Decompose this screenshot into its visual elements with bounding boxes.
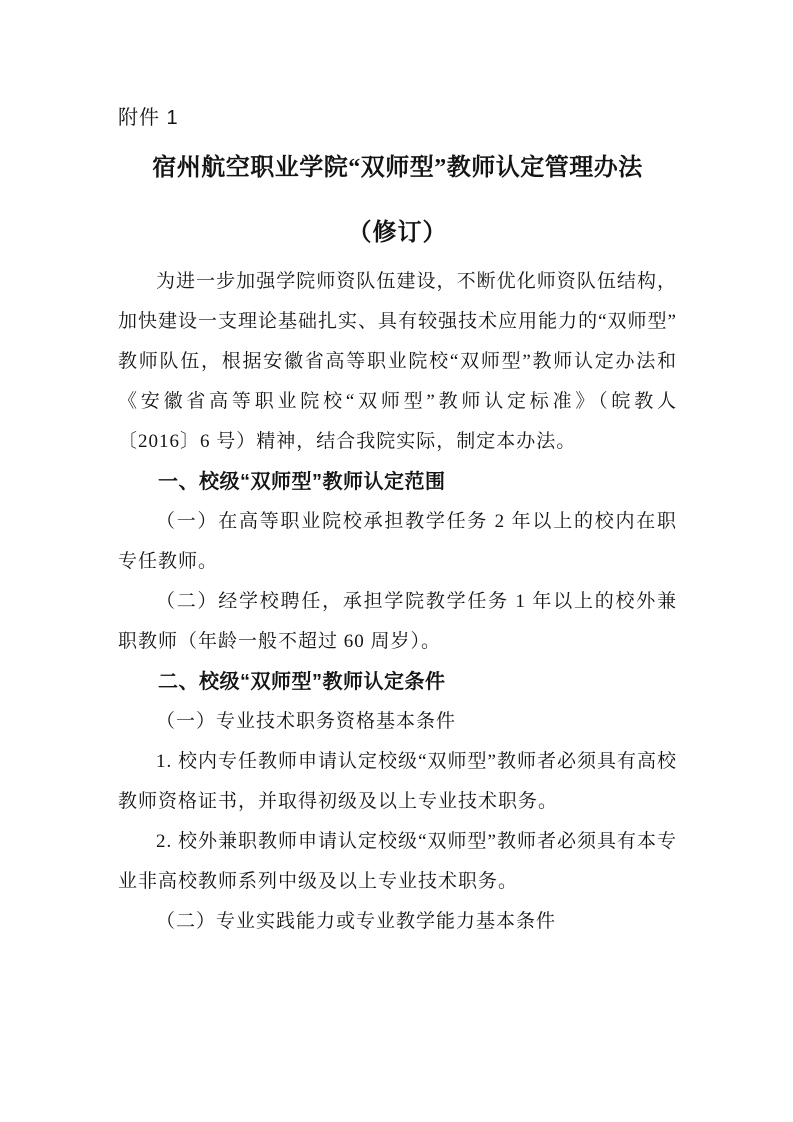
attachment-label: 附件 1 bbox=[118, 106, 677, 130]
document-title: 宿州航空职业学院“双师型”教师认定管理办法 bbox=[118, 151, 677, 185]
document-page: 附件 1 宿州航空职业学院“双师型”教师认定管理办法 （修订） 为进一步加强学院… bbox=[0, 0, 793, 1122]
body-paragraph: （二）经学校聘任，承担学院教学任务 1 年以上的校外兼职教师（年龄一般不超过 6… bbox=[118, 582, 677, 662]
document-subtitle: （修订） bbox=[118, 216, 677, 250]
body-paragraph: （一）专业技术职务资格基本条件 bbox=[118, 702, 677, 742]
section-heading: 一、校级“双师型”教师认定范围 bbox=[118, 462, 677, 502]
body-paragraph: （一）在高等职业院校承担教学任务 2 年以上的校内在职专任教师。 bbox=[118, 502, 677, 582]
body-paragraph: 为进一步加强学院师资队伍建设，不断优化师资队伍结构，加快建设一支理论基础扎实、具… bbox=[118, 262, 677, 462]
body-paragraph: （二）专业实践能力或专业教学能力基本条件 bbox=[118, 902, 677, 942]
section-heading: 二、校级“双师型”教师认定条件 bbox=[118, 662, 677, 702]
body-paragraph: 1. 校内专任教师申请认定校级“双师型”教师者必须具有高校教师资格证书，并取得初… bbox=[118, 742, 677, 822]
body-paragraph: 2. 校外兼职教师申请认定校级“双师型”教师者必须具有本专业非高校教师系列中级及… bbox=[118, 822, 677, 902]
document-body: 为进一步加强学院师资队伍建设，不断优化师资队伍结构，加快建设一支理论基础扎实、具… bbox=[118, 262, 677, 942]
